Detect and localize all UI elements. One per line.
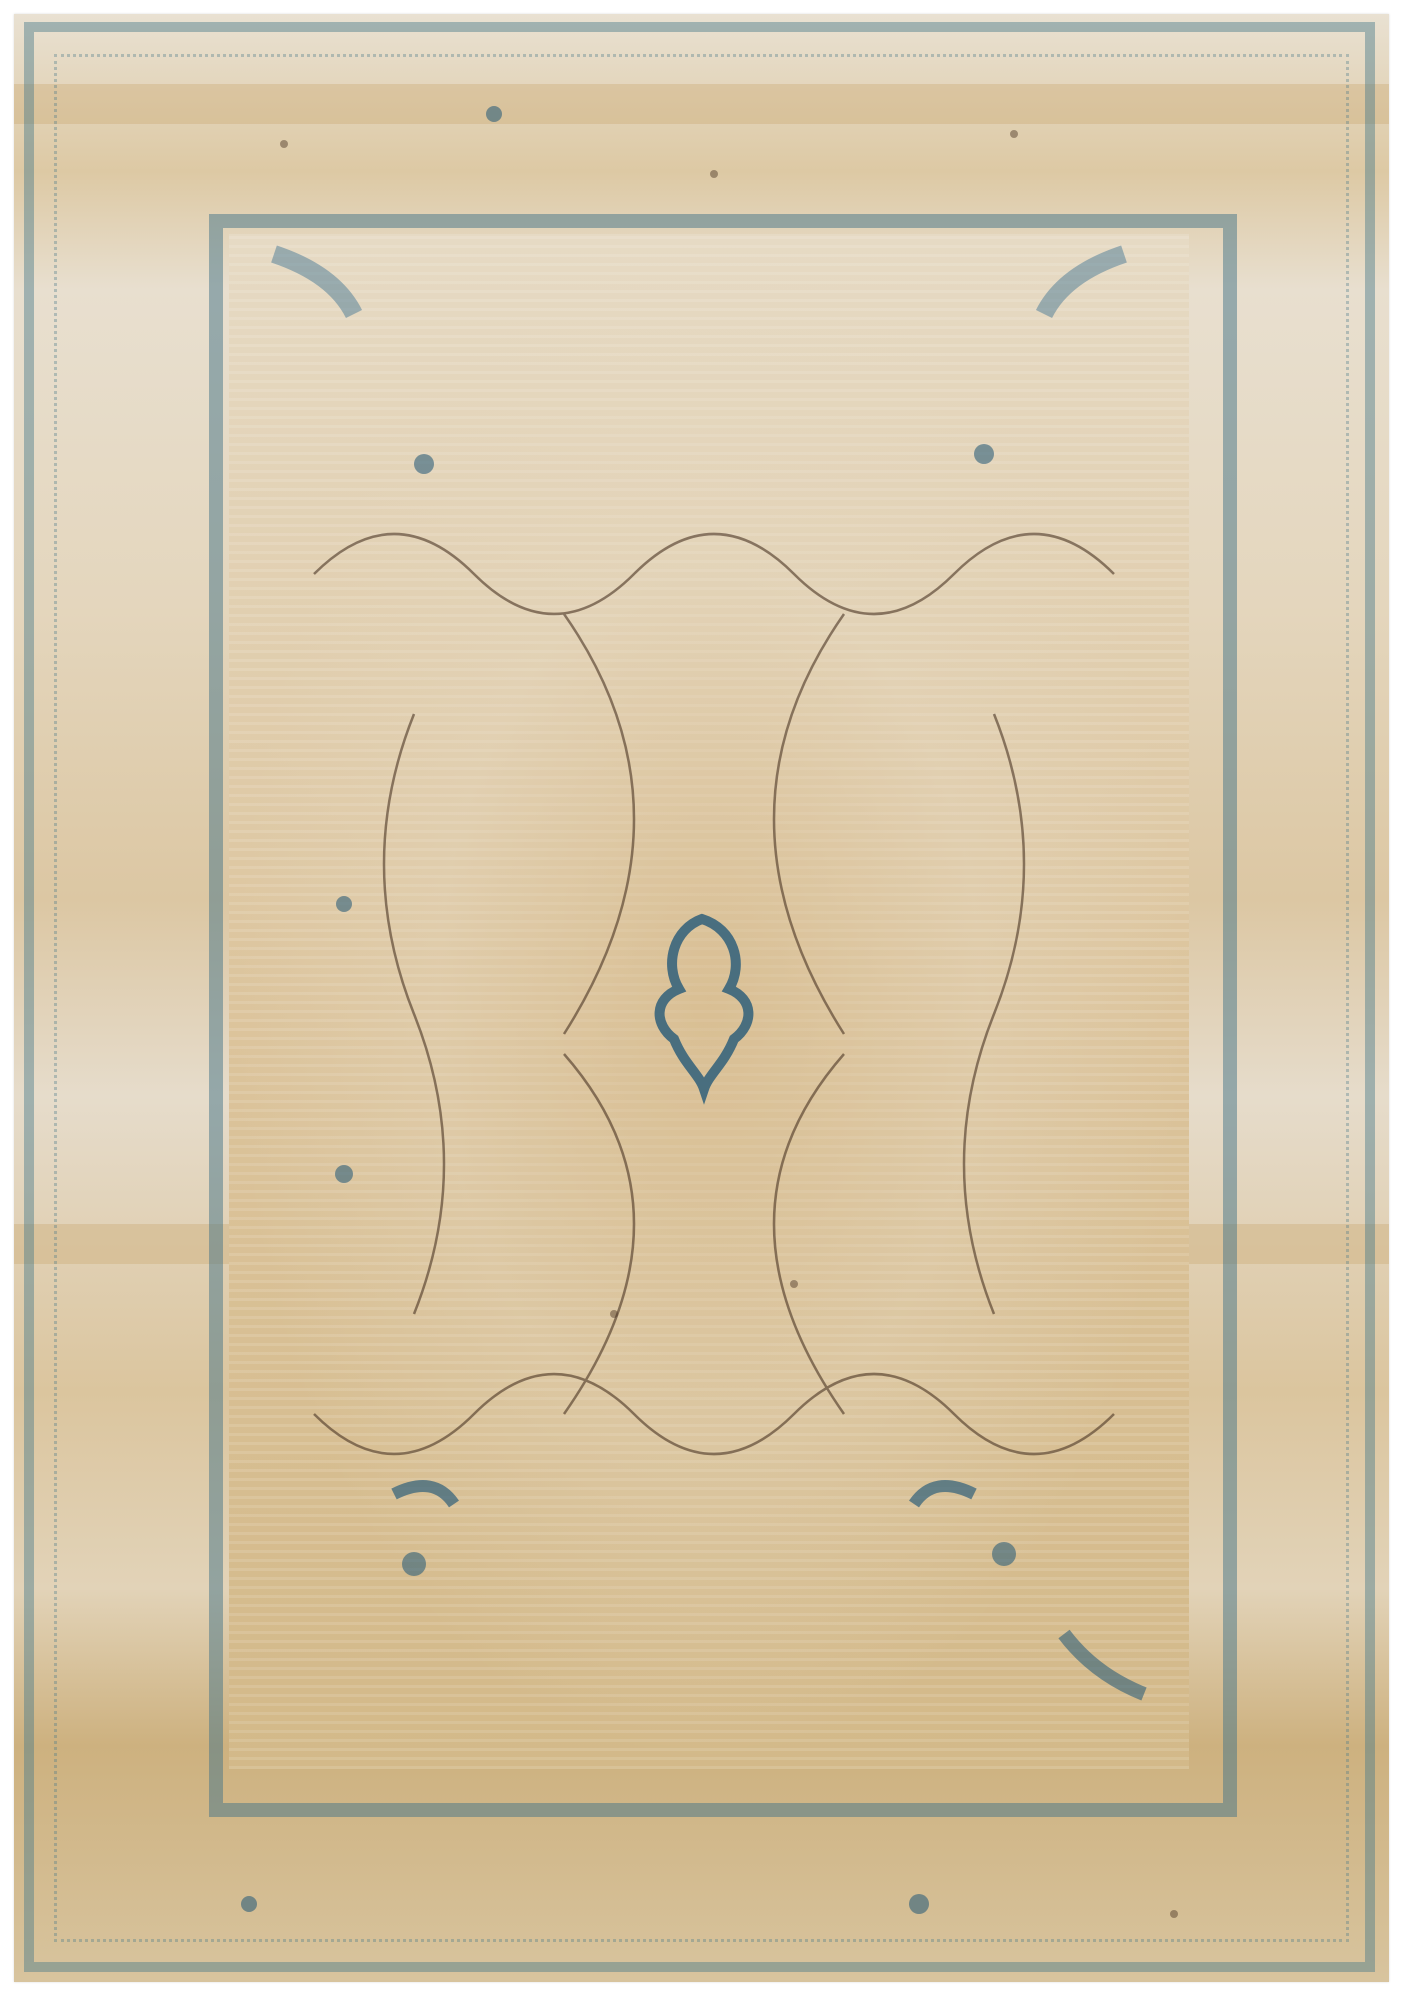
medallion bbox=[660, 919, 749, 1089]
rug-pattern bbox=[14, 14, 1389, 1982]
rug-photo bbox=[14, 14, 1389, 1982]
